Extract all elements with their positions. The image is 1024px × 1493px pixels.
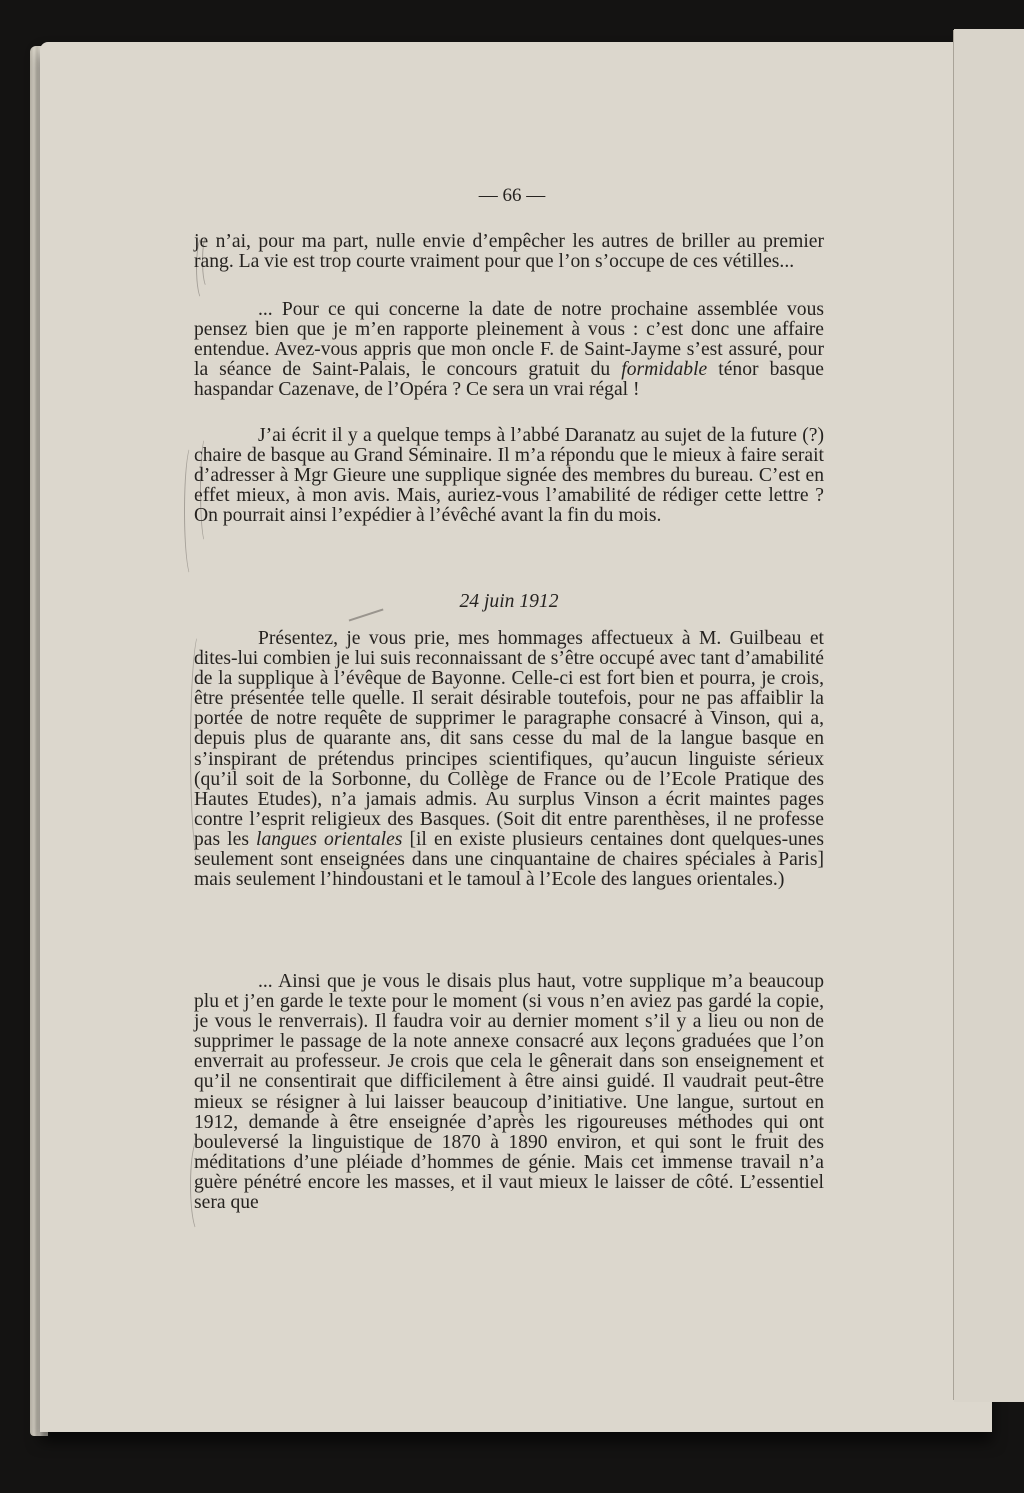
paragraph: Présentez, je vous prie, mes hommages af… — [194, 629, 824, 890]
facing-page — [954, 29, 1024, 1402]
paragraph: ... Pour ce qui concerne la date de notr… — [194, 300, 824, 400]
book-spine — [953, 30, 954, 1400]
paragraph: je n’ai, pour ma part, nulle envie d’emp… — [194, 232, 824, 272]
paragraph-text: je n’ai, pour ma part, nulle envie d’emp… — [194, 232, 824, 272]
paragraph: J’ai écrit il y a quelque temps à l’abbé… — [194, 426, 824, 526]
paragraph-text: Présentez, je vous prie, mes hommages af… — [194, 629, 824, 890]
text-run: Présentez, je vous prie, mes hommages af… — [194, 628, 824, 850]
paragraph-text: ... Pour ce qui concerne la date de notr… — [194, 300, 824, 400]
emphasis-text: langues orientales — [256, 829, 402, 850]
letter-date-heading: 24 juin 1912 — [194, 592, 824, 612]
page-number: — 66 — — [0, 185, 1024, 207]
paragraph-text: J’ai écrit il y a quelque temps à l’abbé… — [194, 426, 824, 526]
paragraph: ... Ainsi que je vous le disais plus hau… — [194, 972, 824, 1213]
paragraph-text: ... Ainsi que je vous le disais plus hau… — [194, 972, 824, 1213]
emphasis-text: formidable — [621, 359, 707, 380]
